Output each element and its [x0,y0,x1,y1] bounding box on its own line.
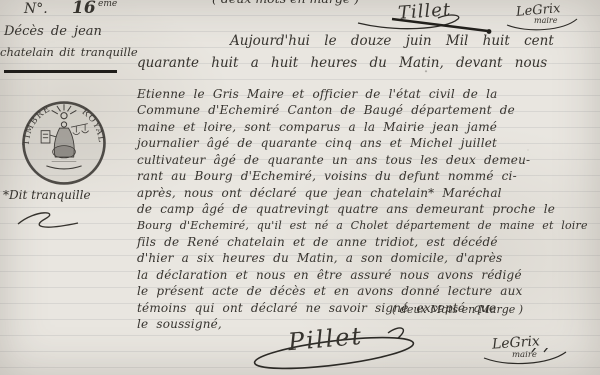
timbre-royal-seal: TIMBRE ROYAL [20,96,108,190]
act-body-line: le présent acte de décès et en avons don… [137,283,599,299]
record-number-suffix: ème [98,0,117,9]
act-margin-words-note: ( deux Mots en Marge ) [392,303,523,316]
margin-caption-line2: chatelain dit tranquille [0,45,138,59]
act-body-line: après, nous ont déclaré que jean chatela… [137,185,599,201]
act-body-line: journalier âgé de quarante cinq ans et M… [137,135,599,151]
seal-figure-lap [53,146,76,158]
previous-act-clipped-note: ( deux mots en marge ) [212,0,359,6]
act-body-line: cultivateur âgé de quarante un ans tous … [137,152,599,168]
act-body-line: témoins qui ont déclaré ne savoir signé … [137,300,599,316]
death-record-scan: N°. 16 ème Décès de jean chatelain dit t… [0,0,600,375]
margin-caption-line1: Décès de jean [4,24,102,39]
act-opening-line1: Aujourd'hui le douze juin Mil huit cent [230,33,554,49]
act-body-line: rant au Bourg d'Echemiré, voisins du def… [137,168,599,184]
act-body-line: Bourg d'Echemiré, qu'il est né a Cholet … [137,218,599,234]
act-opening-line2: quarante huit a huit heures du Matin, de… [137,55,547,71]
act-body-line: fils de René chatelain et de anne tridio… [137,234,599,250]
act-body-line: d'hier a six heures du Matin, a son domi… [137,250,599,266]
act-body-line: la déclaration et nous en être assuré no… [137,267,599,283]
margin-paraph-flourish [14,206,86,232]
act-body-line: Etienne le Gris Maire et officier de l'é… [137,86,599,102]
margin-footnote: *Dit tranquille [3,188,91,202]
act-legrix-flourish [482,348,572,370]
record-number: 16 [72,0,96,18]
act-body-line: Commune d'Echemiré Canton de Baugé dépar… [137,102,599,118]
record-number-label: N°. [24,1,48,17]
act-body-line: maine et loire, sont comparus a la Mairi… [137,119,599,135]
act-body-text: Etienne le Gris Maire et officier de l'é… [137,86,599,333]
margin-divider-rule [4,70,117,73]
act-body-line: de camp âgé de quatrevingt quatre ans de… [137,201,599,217]
